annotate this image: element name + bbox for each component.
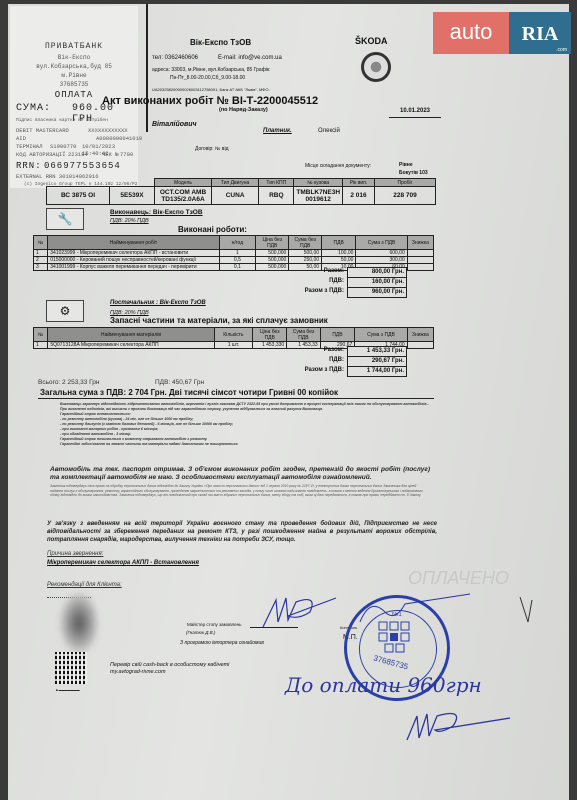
redacted-area bbox=[60, 593, 98, 653]
works-cell: 0,1 bbox=[219, 264, 256, 271]
works-cell: 341023999 - Мікроперемикач селектора АКП… bbox=[48, 250, 219, 257]
receipt-card-mask: XXXXXXXXXXXX bbox=[88, 127, 128, 134]
vehicle-header-mileage: Пробіг bbox=[375, 179, 436, 187]
doc-payer: Олексій bbox=[318, 128, 340, 134]
parts-cell bbox=[407, 342, 433, 349]
vehicle-header-vin bbox=[110, 179, 155, 187]
parts-header-6: Сума з ПДВ bbox=[355, 328, 407, 342]
parts-icon: ⚙ bbox=[46, 300, 84, 322]
works-cell: 500,00 bbox=[289, 250, 322, 257]
reason-label: Причина звернення: bbox=[47, 551, 103, 557]
doc-place2: Бокутів 103 bbox=[399, 170, 428, 176]
parts-header-3: Ціна без ПДВ bbox=[253, 328, 287, 342]
master-label: Майстер стопу замовлень bbox=[187, 622, 241, 627]
master-signature bbox=[258, 592, 338, 632]
receipt-auth-label: КОД АВТОРИЗАЦІЇ bbox=[16, 151, 66, 158]
parts-header-0: № bbox=[34, 328, 48, 342]
works-cell: 100,00 bbox=[322, 250, 356, 257]
summary-grand: Загальна сума з ПДВ: 2 704 Грн. Дві тися… bbox=[40, 388, 338, 397]
vehicle-table: Модель Тип Двигуна Тип КПП № кузова Рік … bbox=[46, 178, 436, 205]
summary-vat: ПДВ: 450,67 Грн bbox=[155, 379, 204, 386]
works-header-0: № bbox=[34, 236, 48, 250]
doc-place-label: Місце складання документу: bbox=[305, 163, 371, 169]
parts-total-label: Разом з ПДВ: bbox=[280, 367, 344, 373]
recommend-label: Рекомендації для Клієнта: bbox=[47, 582, 122, 588]
receipt-city: м.Рівне bbox=[10, 72, 138, 79]
receipt-terminal-label: ТЕРМІНАЛ bbox=[16, 143, 42, 150]
vehicle-gearbox: RBQ bbox=[259, 187, 294, 205]
receipt-terminal: S1000770 bbox=[50, 143, 76, 150]
works-cell: 250,00 bbox=[289, 257, 322, 264]
doc-place: Рівне bbox=[399, 162, 413, 168]
autoria-auto: auto bbox=[433, 12, 509, 54]
works-cell: 0,5 bbox=[219, 257, 256, 264]
works-cell bbox=[407, 250, 433, 257]
works-cell: 1 bbox=[34, 250, 48, 257]
fine-print: Виконавець гарантує відповідність відрем… bbox=[60, 402, 440, 447]
summary-rule bbox=[38, 398, 434, 399]
works-total-value: 960,00 Грн. bbox=[347, 287, 407, 298]
receipt-signature-note: Підпис власника картки не потрібен bbox=[16, 118, 108, 123]
reason-text: Мікроперемикач селектора АКПП - Встановл… bbox=[47, 560, 199, 566]
vehicle-header-plate bbox=[47, 179, 110, 187]
works-total-label: Разом: bbox=[280, 268, 344, 274]
doc-title: Акт виконаних робіт № ВІ-Т-2200045512 bbox=[102, 95, 318, 107]
doc-contract: Договір: № від bbox=[195, 146, 228, 152]
works-cell: 500,000 bbox=[256, 250, 289, 257]
company-name: Вік-Експо ТзОВ bbox=[190, 38, 251, 47]
bottom-signature bbox=[405, 708, 515, 744]
vehicle-vin: 5E539X bbox=[110, 187, 155, 205]
autoria-watermark: auto RIA.com bbox=[433, 12, 571, 54]
parts-title: Запасні частини та матеріали, за які спл… bbox=[110, 316, 328, 325]
works-header-4: Сума без ПДВ bbox=[289, 236, 322, 250]
vehicle-body: TMBLK7NE3H 0019612 bbox=[294, 187, 343, 205]
acceptance-text: Автомобіль та тех. паспорт отримав. З об… bbox=[50, 466, 430, 482]
company-phone: тел: 0362460606 bbox=[152, 55, 198, 61]
parts-header-5: ПДВ bbox=[320, 328, 355, 342]
skoda-wordmark: ŠKODA bbox=[355, 36, 388, 46]
parts-header-4: Сума без ПДВ bbox=[287, 328, 321, 342]
vehicle-model: OCT.COM AMB TD135/2.0A6A bbox=[155, 187, 212, 205]
works-header-5: ПДВ bbox=[322, 236, 356, 250]
works-title: Виконані роботи: bbox=[178, 225, 247, 234]
cashback-line1: Перевір свій cash-back в особистому кабі… bbox=[110, 662, 229, 668]
company-schedule: Пн-Пт_8.00-20.00,Сб_9.00-18.00 bbox=[170, 75, 245, 81]
parts-total-label: Разом: bbox=[280, 347, 344, 353]
works-vat: ПДВ: 20% ПДВ bbox=[110, 218, 149, 224]
war-notice: У зв'язку з введенням на всій території … bbox=[47, 520, 437, 544]
parts-total-value: 1 744,00 Грн. bbox=[347, 366, 407, 377]
works-header-6: Сума з ПДВ bbox=[356, 236, 407, 250]
works-cell bbox=[407, 264, 433, 271]
works-cell: 2 bbox=[34, 257, 48, 264]
works-cell: 341001999 - Корпус важеля перемикання пе… bbox=[48, 264, 219, 271]
stamp-signature bbox=[350, 592, 577, 632]
works-cell: 015000000 - Керований пошук несправносте… bbox=[48, 257, 219, 264]
cashback-link[interactable]: my.avtograd-rivne.com bbox=[110, 669, 166, 675]
master-name: (Гнатюк Д.В.) bbox=[186, 630, 215, 635]
parts-cell: 5Q0713128A Мікроперемикач селектора АКПП bbox=[48, 342, 214, 349]
handwritten-note: До оплати 960грн bbox=[285, 673, 482, 697]
parts-cell: 1 bbox=[34, 342, 48, 349]
vehicle-plate: ВС 3875 ОІ bbox=[47, 187, 110, 205]
receipt-bank: ПРИВАТБАНК bbox=[10, 42, 138, 51]
vehicle-header-gearbox: Тип КПП bbox=[259, 179, 294, 187]
receipt-amount-label: СУМА: bbox=[16, 103, 51, 114]
autoria-suffix: .com bbox=[556, 47, 567, 53]
receipt-aid-label: AID bbox=[16, 135, 26, 142]
table-row: 2015000000 - Керований пошук несправност… bbox=[34, 257, 434, 264]
autoria-ria-text: RIA bbox=[522, 23, 559, 45]
receipt-aid: A0000000041010 bbox=[96, 135, 142, 142]
autoria-ria: RIA.com bbox=[509, 12, 571, 54]
works-header-7: Знижка bbox=[407, 236, 433, 250]
receipt-edge bbox=[146, 4, 148, 132]
importer-note: З програмою імпортера ознайомив bbox=[180, 640, 264, 646]
receipt-check-no: 7700 bbox=[120, 151, 133, 158]
doc-customer: Віталійович bbox=[152, 121, 197, 128]
works-cell: 50,00 bbox=[322, 257, 356, 264]
parts-header-2: Кількість bbox=[214, 328, 253, 342]
parts-header-1: Найменування матеріалів bbox=[48, 328, 214, 342]
receipt-auth-code: 223184 bbox=[68, 151, 88, 158]
doc-date: 10.01.2023 bbox=[389, 108, 441, 118]
works-header-3: Ціна без ПДВ bbox=[256, 236, 289, 250]
parts-header-7: Знижка bbox=[407, 328, 433, 342]
parts-supplier: Постачальник : Вік-Експо ТзОВ bbox=[110, 300, 206, 306]
receipt-merchant: Вік-Експо bbox=[10, 54, 138, 61]
summary-total: Всього: 2 253,33 Грн bbox=[38, 379, 100, 386]
qr-code-icon[interactable] bbox=[55, 652, 87, 684]
vehicle-header-body: № кузова bbox=[294, 179, 343, 187]
works-cell: 600,00 bbox=[356, 250, 407, 257]
works-total-label: Разом з ПДВ: bbox=[280, 288, 344, 294]
works-cell: 1 bbox=[219, 250, 256, 257]
privacy-fine-print: Замовник підтверджує своє право на оброб… bbox=[50, 484, 430, 498]
paid-stamp-faint: ОПЛАЧЕНО bbox=[408, 568, 509, 589]
works-header-1: Найменування робіт bbox=[48, 236, 219, 250]
vehicle-year: 2 016 bbox=[343, 187, 375, 205]
receipt-address: вул.Кобзарська,буд 85 bbox=[10, 63, 138, 70]
works-cell: 500,000 bbox=[256, 257, 289, 264]
parts-total-label: ПДВ: bbox=[280, 357, 344, 363]
company-address: адреса: 33003, м.Рівне, вул.Кобзарська, … bbox=[152, 67, 271, 73]
vehicle-header-year: Рік вип. bbox=[343, 179, 375, 187]
doc-subtitle: (по Наряд-Заказу) bbox=[219, 107, 268, 113]
works-cell bbox=[407, 257, 433, 264]
vehicle-header-model: Модель bbox=[155, 179, 212, 187]
works-executor: Виконавець: Вік-Експо ТзОВ bbox=[110, 209, 203, 216]
table-row: 1341023999 - Мікроперемикач селектора АК… bbox=[34, 250, 434, 257]
doc-payer-label: Платник. bbox=[263, 128, 292, 134]
company-bank: UA203258260000026003112758001, Банк АТ А… bbox=[152, 87, 270, 92]
vehicle-header-engine: Тип Двигуна bbox=[212, 179, 259, 187]
works-header-2: н/год bbox=[219, 236, 256, 250]
fine-print-line: Гарантійні зобов'язання на запасні части… bbox=[60, 442, 440, 447]
vehicle-mileage: 228 709 bbox=[375, 187, 436, 205]
works-cell: 3 bbox=[34, 264, 48, 271]
tools-icon: 🔧 bbox=[46, 208, 84, 230]
qr-caption: ■ ▬▬▬▬▬▬▬ bbox=[56, 688, 80, 692]
works-total-label: ПДВ: bbox=[280, 278, 344, 284]
vehicle-engine: CUNA bbox=[212, 187, 259, 205]
receipt-card-type: DEBIT MASTERCARD bbox=[16, 127, 69, 134]
parts-cell: 1 шт. bbox=[214, 342, 253, 349]
skoda-logo-icon bbox=[361, 52, 391, 82]
works-table: №Найменування робітн/годЦіна без ПДВСума… bbox=[33, 235, 434, 271]
receipt-rrn: 066977553654 bbox=[44, 161, 121, 171]
works-cell: 300,00 bbox=[356, 257, 407, 264]
receipt-merchant-id: 37685735 bbox=[10, 81, 138, 88]
receipt-check-label: ЧЕК № bbox=[102, 151, 119, 158]
receipt-rrn-label: RRN: bbox=[16, 161, 42, 171]
company-email: E-mail: info@ve.com.ua bbox=[218, 55, 282, 61]
